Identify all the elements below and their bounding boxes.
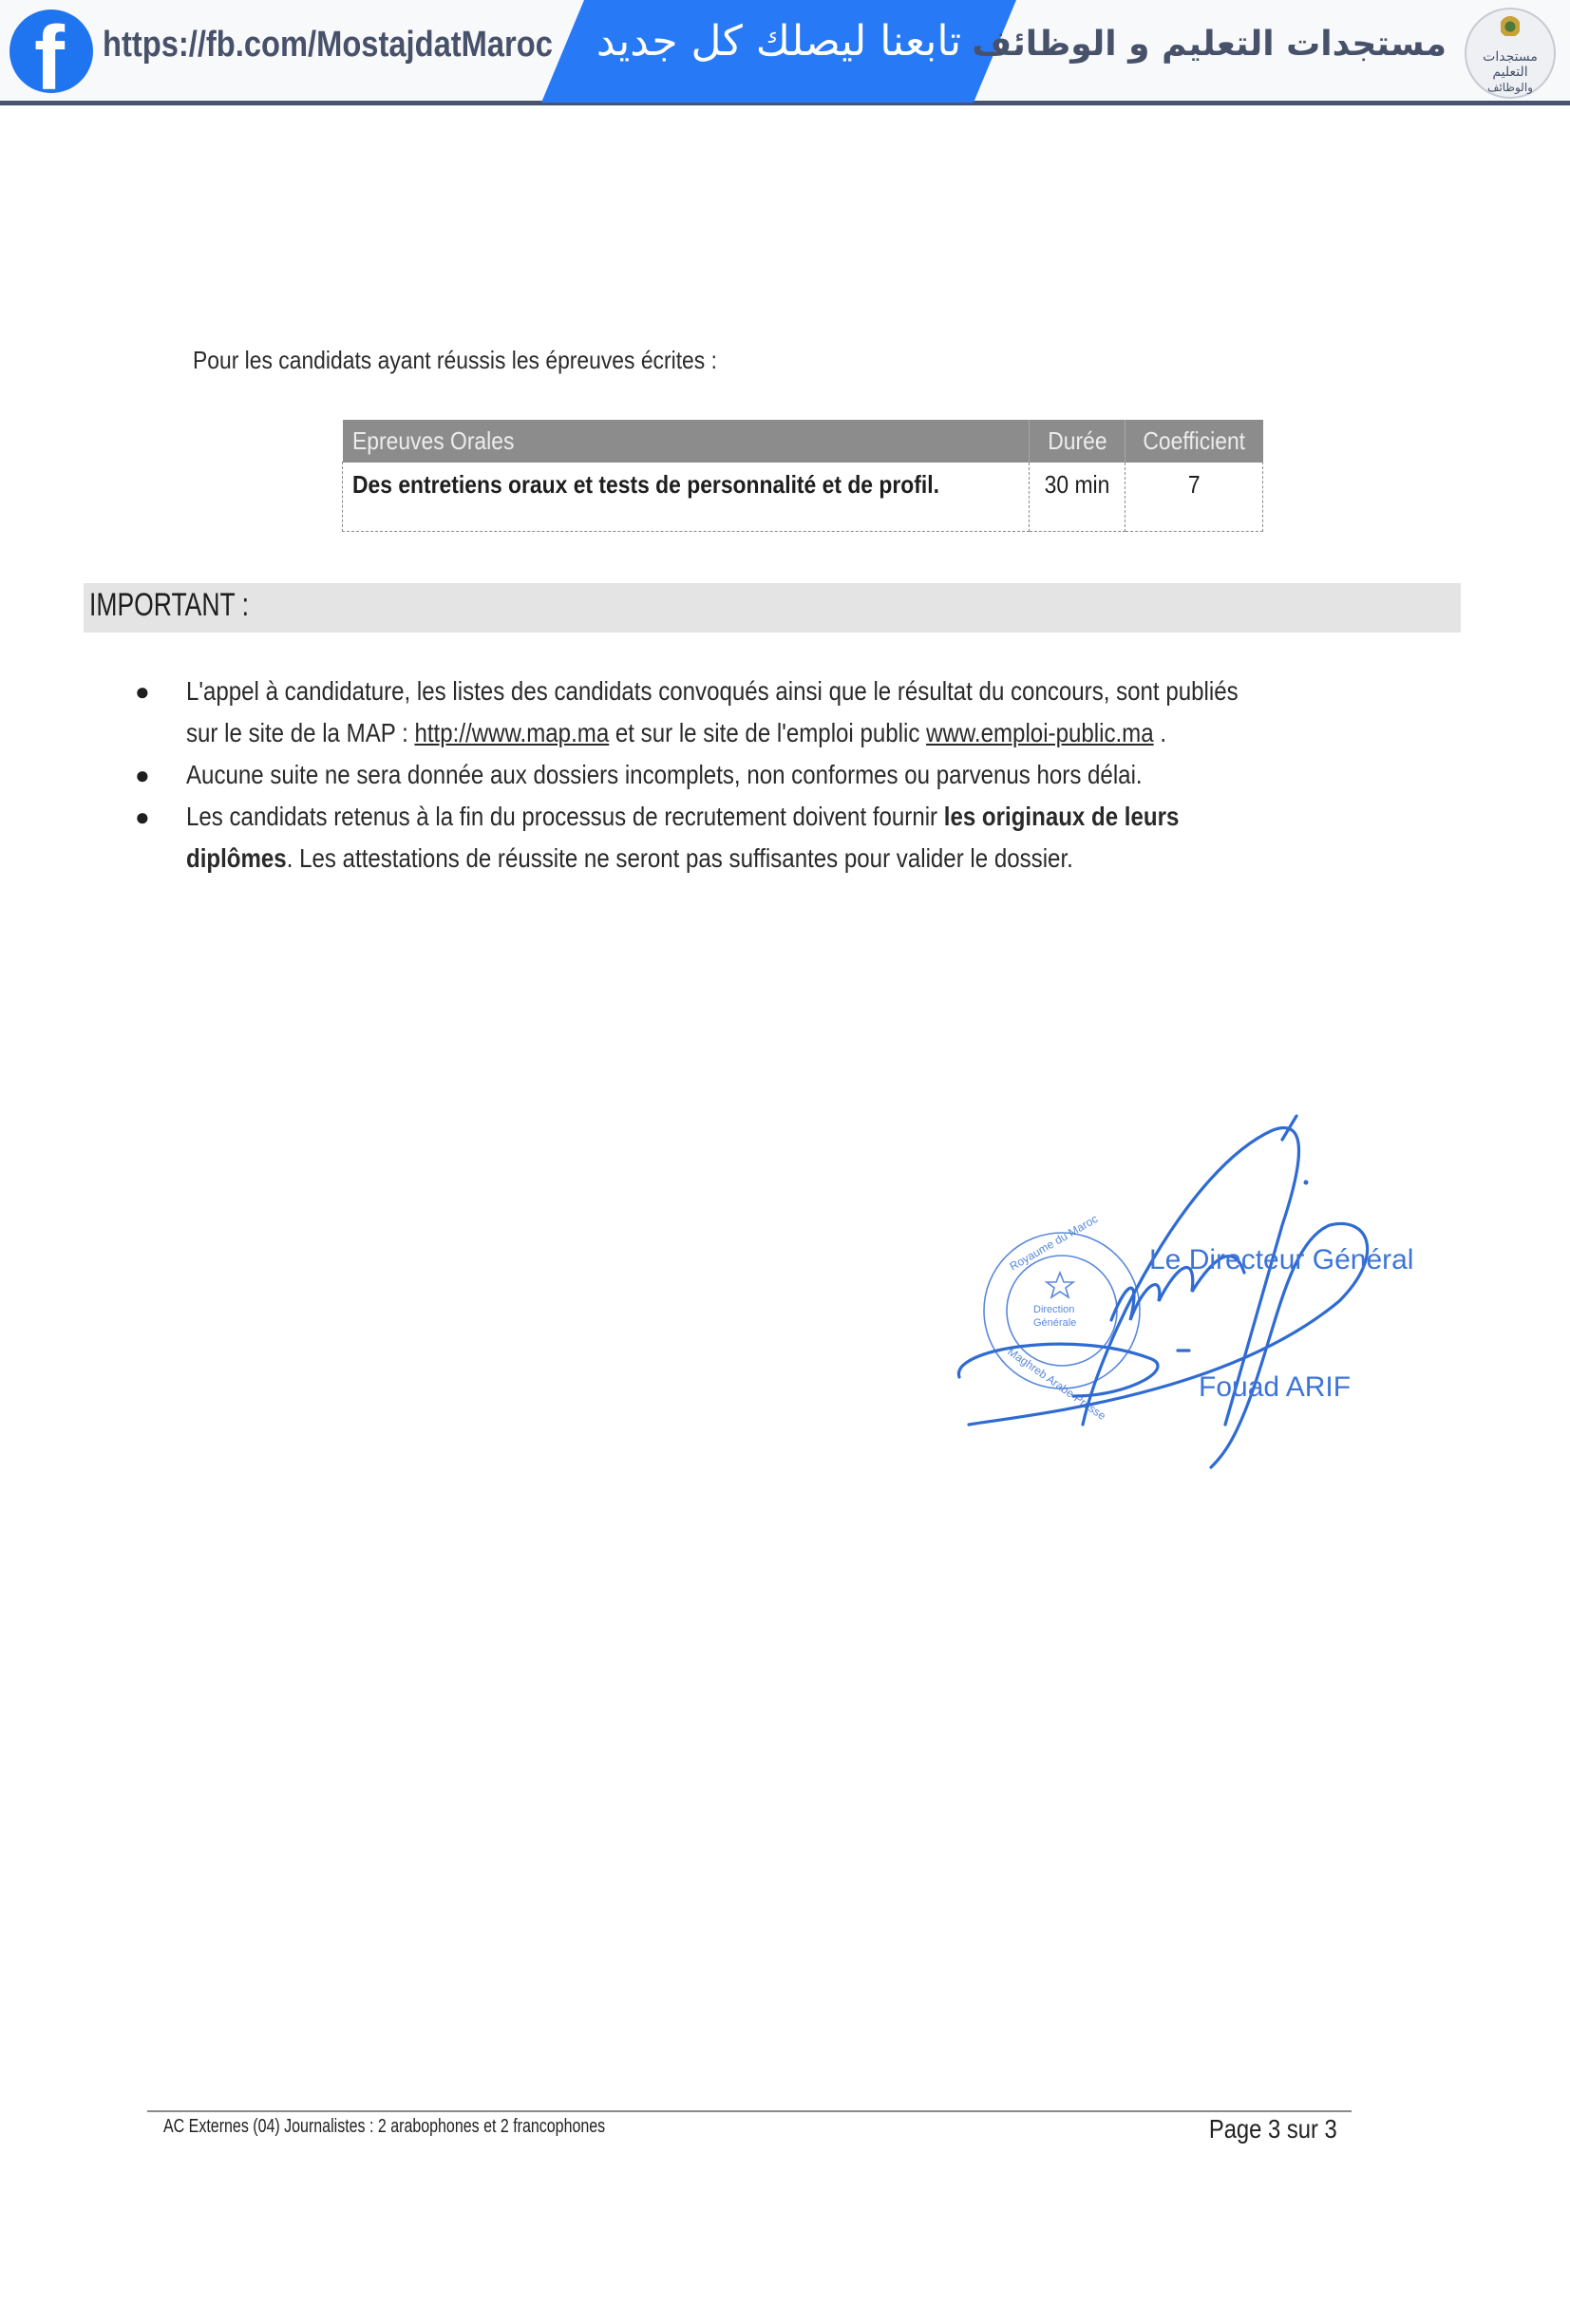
- note-2: Aucune suite ne sera donnée aux dossiers…: [186, 754, 1284, 796]
- bullet-icon: ●: [135, 754, 150, 796]
- coat-of-arms-icon: [1501, 15, 1520, 36]
- logo-line-1: مستجدات التعليم: [1466, 49, 1554, 80]
- header-duree: Durée: [1030, 420, 1125, 463]
- cell-coefficient: 7: [1125, 463, 1262, 532]
- cell-epreuve: Des entretiens oraux et tests de personn…: [343, 463, 1030, 532]
- signature-stamp: Royaume du Maroc Direction Générale Magh…: [940, 1111, 1453, 1472]
- bullet-icon: ●: [135, 671, 150, 712]
- intro-text: Pour les candidats ayant réussis les épr…: [193, 346, 717, 375]
- cell-duree: 30 min: [1030, 463, 1125, 532]
- footer-reference: AC Externes (04) Journalistes : 2 arabop…: [163, 2116, 605, 2138]
- facebook-icon[interactable]: f: [9, 9, 93, 93]
- table-header-row: Epreuves Orales Durée Coefficient: [343, 420, 1263, 463]
- svg-text:Générale: Générale: [1033, 1317, 1076, 1329]
- logo-line-2: والوظائف: [1466, 80, 1554, 95]
- svg-text:Royaume du Maroc: Royaume du Maroc: [1008, 1212, 1101, 1273]
- important-heading-bar: [84, 583, 1461, 633]
- list-item: ● L'appel à candidature, les listes des …: [133, 671, 1463, 754]
- note-3-line-2: diplômes. Les attestations de réussite n…: [186, 838, 1284, 879]
- emploi-public-link[interactable]: www.emploi-public.ma: [926, 718, 1154, 747]
- map-link[interactable]: http://www.map.ma: [414, 718, 609, 747]
- table-row: Des entretiens oraux et tests de personn…: [343, 463, 1263, 532]
- footer-divider: [147, 2110, 1352, 2112]
- bullet-icon: ●: [135, 796, 150, 838]
- page-number: Page 3 sur 3: [1209, 2114, 1337, 2145]
- list-item: ● Les candidats retenus à la fin du proc…: [133, 796, 1463, 879]
- facebook-url-link[interactable]: https://fb.com/MostajdatMaroc: [103, 25, 553, 66]
- signatory-name: Fouad ARIF: [1199, 1371, 1351, 1404]
- follow-text: تابعنا ليصلك كل جديد: [541, 17, 1016, 66]
- note-1-line-1: L'appel à candidature, les listes des ca…: [186, 671, 1284, 712]
- note-1-line-2: sur le site de la MAP : http://www.map.m…: [186, 712, 1284, 754]
- signatory-title: Le Directeur Général: [1149, 1244, 1413, 1276]
- list-item: ● Aucune suite ne sera donnée aux dossie…: [133, 754, 1463, 796]
- header-epreuves: Epreuves Orales: [343, 420, 1030, 463]
- important-heading: IMPORTANT :: [89, 587, 249, 624]
- site-logo: مستجدات التعليم والوظائف: [1465, 8, 1556, 99]
- orals-table: Epreuves Orales Durée Coefficient Des en…: [342, 420, 1263, 532]
- note-3-line-1: Les candidats retenus à la fin du proces…: [186, 796, 1284, 838]
- signature-icon: [958, 1116, 1367, 1467]
- site-name: مستجدات التعليم و الوظائف: [972, 25, 1447, 64]
- svg-text:Direction: Direction: [1033, 1304, 1074, 1315]
- important-list: ● L'appel à candidature, les listes des …: [133, 671, 1463, 879]
- header-coefficient: Coefficient: [1125, 420, 1262, 463]
